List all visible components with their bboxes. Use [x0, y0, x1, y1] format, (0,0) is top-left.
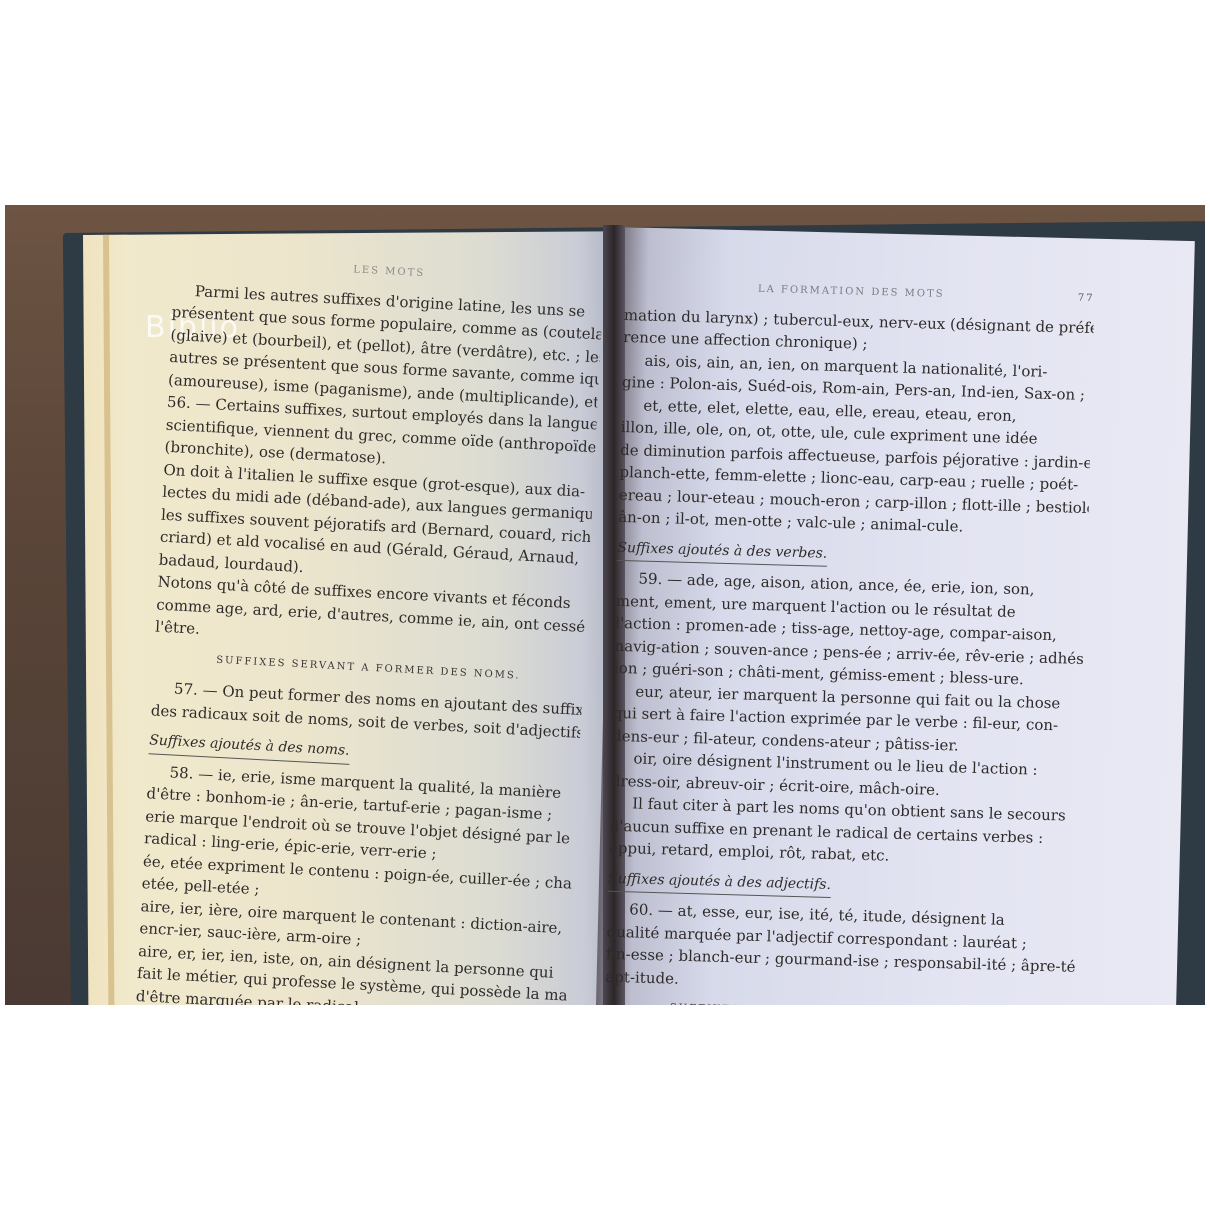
- paragraph-citer: Il faut citer à part les noms qu'on obti…: [609, 792, 1081, 873]
- subheading-verbes: Suffixes ajoutés à des verbes.: [617, 536, 828, 566]
- paragraph-59: 59. — ade, age, aison, ation, ance, ée, …: [614, 567, 1087, 693]
- paragraph-diminutive: et, ette, elet, elette, eau, elle, ereau…: [618, 393, 1092, 541]
- subheading-noms: Suffixes ajoutés à des noms.: [149, 729, 351, 764]
- book-photo: Biblio LES MOTS Parmi les autres suffixe…: [5, 205, 1205, 1005]
- page-edge: [103, 235, 115, 1005]
- left-intro-lines: Parmi les autres suffixes d'origine lati…: [155, 278, 603, 660]
- paragraph-58: 58. — ie, erie, isme marquent la qualité…: [131, 760, 578, 1005]
- subheading-adjectifs: Suffixes ajoutés à des adjectifs.: [608, 867, 831, 898]
- right-page-text: LA FORMATION DES MOTS 77 mation du laryn…: [602, 275, 1095, 1005]
- page-number-right: 77: [1077, 288, 1094, 311]
- paragraph-60: 60. — at, esse, eur, ise, ité, té, itude…: [605, 898, 1077, 1001]
- left-page-text: LES MOTS Parmi les autres suffixes d'ori…: [131, 250, 605, 1005]
